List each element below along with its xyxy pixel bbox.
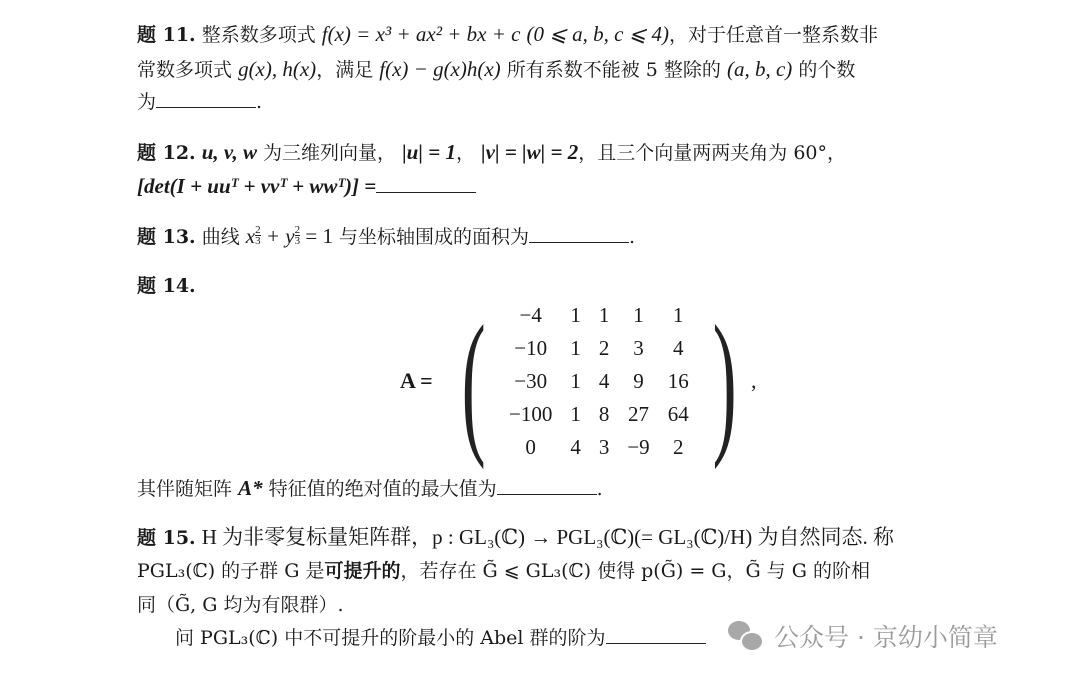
matrix-cell: −100: [500, 398, 561, 431]
matrix-row: −41111: [500, 299, 698, 332]
matrix-cell: 1: [659, 299, 698, 332]
matrix-cell: 8: [590, 398, 619, 431]
matrix-row: −3014916: [500, 365, 698, 398]
text: 特征值的绝对值的最大值为: [269, 478, 497, 500]
problem-15-line-1: 题 15. H 为非零复标量矩阵群，p : GL₃(ℂ) → PGL₃(ℂ)(=…: [137, 523, 894, 552]
problem-label: 题 13.: [137, 226, 196, 248]
problem-15-line-2: PGL₃(ℂ) 的子群 G 是可提升的，若存在 G̃ ⩽ GL₃(ℂ) 使得 p…: [137, 557, 870, 585]
problem-11-line-2: 常数多项式 g(x), h(x)，满足 f(x) − g(x)h(x) 所有系数…: [137, 55, 855, 84]
text: H 为非零复标量矩阵群，p : GL₃(ℂ) → PGL₃(ℂ)(= GL₃(ℂ…: [202, 525, 894, 549]
problem-14-question: 其伴随矩阵 A* 特征值的绝对值的最大值为.: [137, 474, 603, 503]
matrix-cell: 64: [659, 398, 698, 431]
text: ，若存在 G̃ ⩽ GL₃(ℂ) 使得 p(G̃) = G，G̃ 与 G 的阶相: [400, 560, 869, 582]
math-range: (0 ⩽ a, b, c ⩽ 4): [527, 22, 670, 46]
matrix-cell: 4: [659, 332, 698, 365]
wechat-icon: [728, 621, 764, 651]
matrix-cell: −30: [500, 365, 561, 398]
matrix-cell: 1: [561, 365, 590, 398]
matrix-cell: 1: [561, 398, 590, 431]
matrix-name: A =: [400, 368, 433, 394]
watermark-text: 公众号 · 京幼小简章: [774, 618, 998, 654]
text: 其伴随矩阵: [137, 478, 232, 500]
problem-label: 题 11.: [137, 24, 196, 46]
math-norm-vw: |v| = |w| = 2: [481, 140, 578, 164]
comma: ,: [751, 368, 757, 394]
matrix-cell: −4: [500, 299, 561, 332]
left-paren: (: [461, 296, 485, 466]
math-gh: g(x), h(x): [238, 57, 316, 81]
problem-14-label-line: 题 14.: [137, 272, 196, 300]
matrix-row: −101234: [500, 332, 698, 365]
answer-blank: [497, 476, 597, 495]
matrix-cell: 1: [561, 332, 590, 365]
text: ，且三个向量两两夹角为 60°，: [578, 142, 846, 164]
problem-label: 题 12.: [137, 142, 196, 164]
problem-12-line-2: [det(I + uuᵀ + vvᵀ + wwᵀ)] =: [137, 172, 476, 201]
definition-term: 可提升的: [324, 560, 400, 582]
text: 同（G̃, G 均为有限群）.: [137, 594, 344, 616]
watermark: 公众号 · 京幼小简章: [728, 618, 998, 654]
problem-label: 题 15.: [137, 527, 196, 549]
text: PGL₃(ℂ) 的子群 G 是: [137, 560, 324, 582]
text: 曲线: [202, 226, 240, 248]
text: 问 PGL₃(ℂ) 中不可提升的阶最小的 Abel 群的阶为: [175, 627, 606, 649]
matrix-cell: 1: [590, 299, 619, 332]
text: 为三维列向量，: [263, 142, 396, 164]
math-vectors: u, v, w: [202, 140, 257, 164]
right-paren: ): [712, 296, 736, 466]
matrix-cell: 3: [618, 332, 658, 365]
math-norm-u: |u| = 1: [402, 140, 456, 164]
matrix-cell: 2: [590, 332, 619, 365]
matrix-cell: 1: [618, 299, 658, 332]
text: 与坐标轴围成的面积为: [339, 226, 529, 248]
matrix-table: −41111 −101234 −3014916 −100182764 043−9…: [500, 299, 698, 464]
text: 整系数多项式: [202, 24, 316, 46]
math-curve: x23 + y23 = 1: [246, 224, 333, 248]
problem-15-line-3: 同（G̃, G 均为有限群）.: [137, 591, 344, 619]
problem-12-line-1: 题 12. u, v, w 为三维列向量， |u| = 1， |v| = |w|…: [137, 138, 846, 167]
problem-11-line-3: 为.: [137, 88, 262, 116]
problem-13: 题 13. 曲线 x23 + y23 = 1 与坐标轴围成的面积为.: [137, 222, 635, 251]
problem-11-line-1: 题 11. 整系数多项式 f(x) = x³ + ax² + bx + c (0…: [137, 20, 878, 49]
matrix-A: A = ( −41111 −101234 −3014916 −100182764…: [400, 296, 770, 466]
matrix-cell: −9: [618, 431, 658, 464]
answer-blank: [376, 174, 476, 193]
problem-label: 题 14.: [137, 275, 196, 297]
matrix-cell: −10: [500, 332, 561, 365]
text: ，对于任意首一整系数非: [669, 24, 878, 46]
math-polynomial: f(x) = x³ + ax² + bx + c: [322, 22, 521, 46]
matrix-cell: 4: [590, 365, 619, 398]
answer-blank: [529, 224, 629, 243]
matrix-row: −100182764: [500, 398, 698, 431]
matrix-cell: 0: [500, 431, 561, 464]
matrix-cell: 9: [618, 365, 658, 398]
matrix-cell: 1: [561, 299, 590, 332]
text: 的个数: [798, 59, 855, 81]
math-triple: (a, b, c): [727, 57, 792, 81]
answer-blank: [606, 625, 706, 644]
problem-15-question: 问 PGL₃(ℂ) 中不可提升的阶最小的 Abel 群的阶为: [175, 624, 706, 652]
math-expr: f(x) − g(x)h(x): [379, 57, 500, 81]
text: ，满足: [316, 59, 373, 81]
math-adjugate: A*: [238, 476, 263, 500]
matrix-row: 043−92: [500, 431, 698, 464]
text: 为: [137, 91, 156, 113]
matrix-cell: 4: [561, 431, 590, 464]
matrix-cell: 2: [659, 431, 698, 464]
math-det-expr: [det(I + uuᵀ + vvᵀ + wwᵀ)] =: [137, 174, 376, 198]
matrix-cell: 3: [590, 431, 619, 464]
text: 所有系数不能被 5 整除的: [507, 59, 721, 81]
matrix-cell: 27: [618, 398, 658, 431]
text: 常数多项式: [137, 59, 232, 81]
answer-blank: [156, 89, 256, 108]
matrix-cell: 16: [659, 365, 698, 398]
